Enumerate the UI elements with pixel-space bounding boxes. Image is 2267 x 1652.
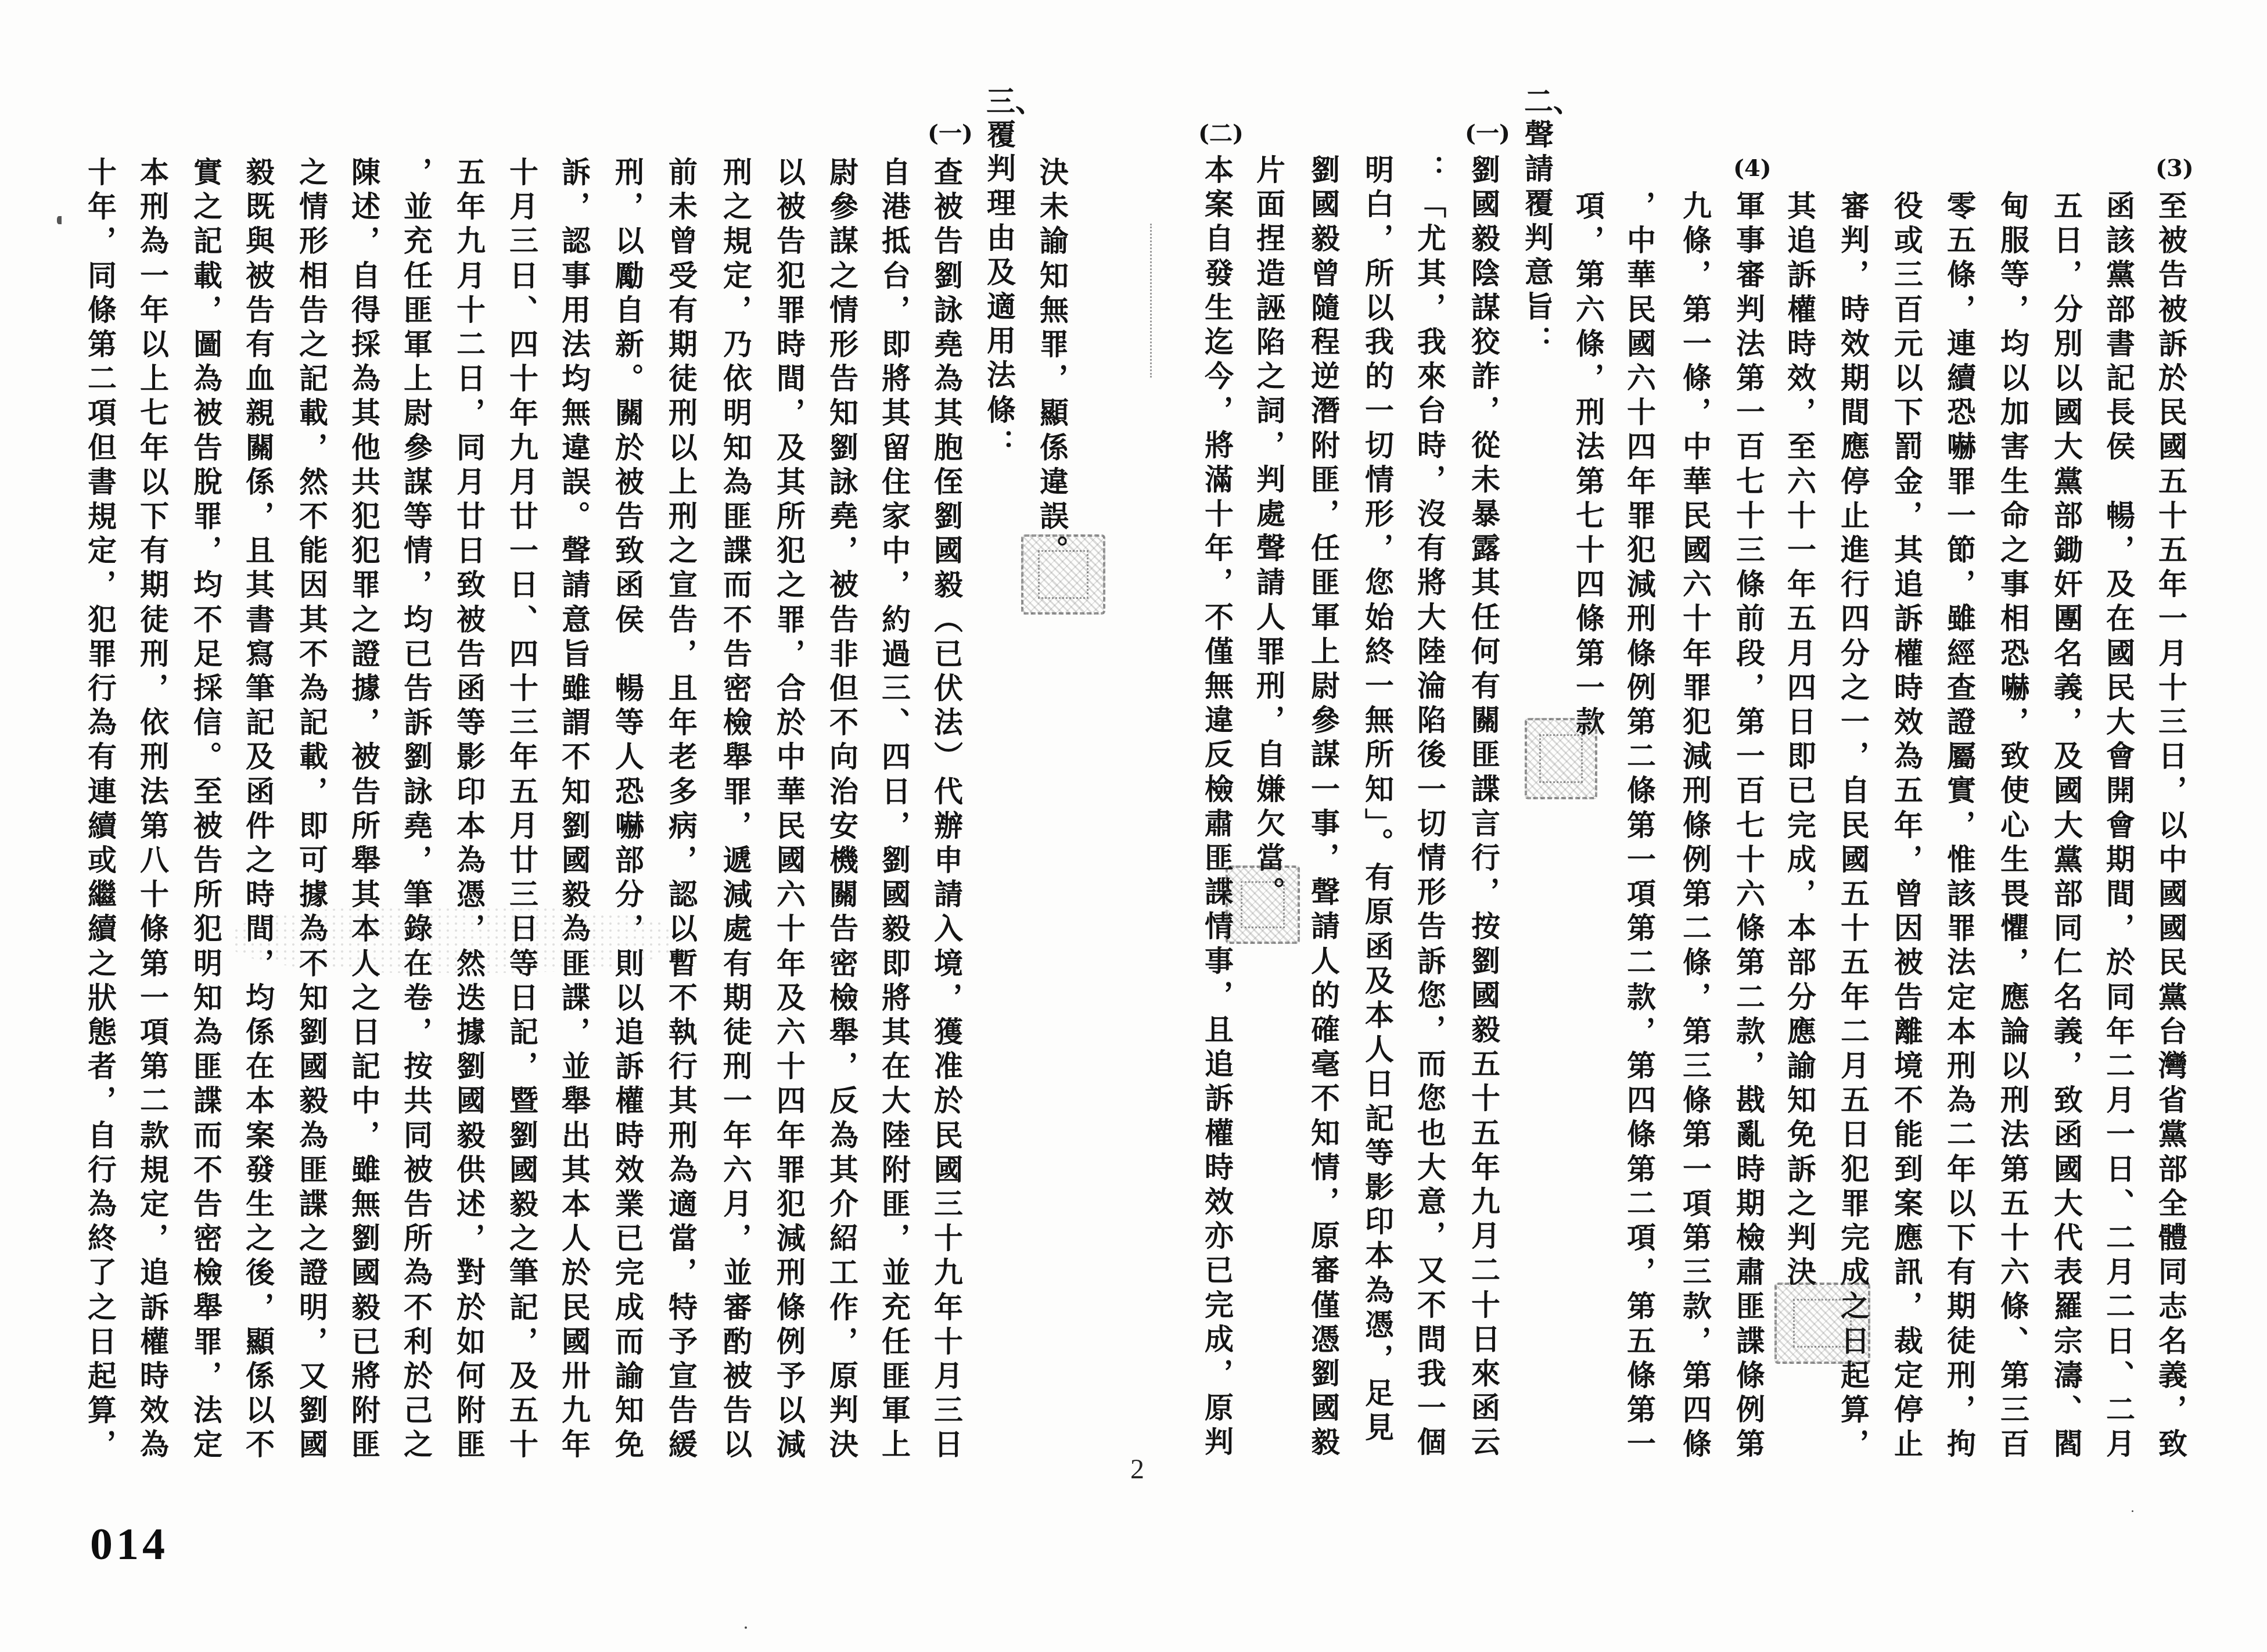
- seal-stamp: [1226, 865, 1300, 944]
- text-column: 函該黨部書記長侯 暢，及在國民大會開會期間，於同年二月一日、二月二日、二月: [2104, 191, 2133, 1463]
- text-column: 審判，時效期間應停止進行四分之一，自民國五十五年二月五日犯罪完成之日起算，: [1838, 191, 1867, 1463]
- item-label: (3): [2155, 156, 2194, 181]
- text-column: 軍事審判法第一百七十三條前段，第一百七十六條第二款，戡亂時期檢肅匪諜條例第: [1734, 191, 1763, 1463]
- text-column: 零五條，連續恐嚇罪一節，雖經查證屬實，惟該罪法定本刑為二年以下有期徒刑，拘: [1945, 191, 1974, 1463]
- text-column: 項，第六條，刑法第七十四條第一款: [1573, 191, 1603, 741]
- section-2-heading: 聲請覆判意旨：: [1522, 119, 1551, 360]
- text-column: 甸服等，均以加害生命之事相恐嚇，致使心生畏懼，應論以刑法第五十六條、第三百: [1998, 191, 2027, 1463]
- section-2-number: 二、: [1524, 87, 1582, 116]
- text-column: 劉國毅曾隨程逆潛附匪，任匪軍上尉參謀一事，聲請人的確毫不知情，原審僅憑劉國毅: [1309, 155, 1338, 1461]
- text-column: ，中華民國六十四年罪犯減刑條例第二條第一項第二款，第四條第二項，第五條第一: [1625, 191, 1654, 1463]
- text-column: 至被告被訴於民國五十五年一月十三日，以中國國民黨台灣省黨部全體同志名義，致: [2156, 191, 2185, 1463]
- text-column: 五日，分別以國大黨部鋤奸團名義，及國大黨部同仁名義，致函國大代表羅宗濤、閻: [2052, 191, 2081, 1463]
- stray-mark: [2132, 1510, 2133, 1512]
- text-column: 劉國毅陰謀狡詐，從未暴露其任何有關匪諜言行，按劉國毅五十五年九月二十日來函云: [1469, 155, 1498, 1461]
- seal-stamp: [1525, 718, 1597, 799]
- text-column: 本案自發生迄今，將滿十年，不僅無違反檢肅匪諜情事，且追訴權時效亦已完成，原判: [1202, 155, 1231, 1461]
- text-column: 片面捏造誣陷之詞，判處聲請人罪刑，自嫌欠當。: [1254, 155, 1283, 911]
- text-column: ：「尤其，我來台時，沒有將大陸淪陷後一切情形告訴您，而您也大意，又不問我一個: [1415, 155, 1444, 1461]
- point-label: (二): [1198, 121, 1244, 146]
- text-column: 役或三百元以下罰金，其追訴權時效為五年，曾因被告離境不能到案應訊，裁定停止: [1892, 191, 1921, 1463]
- right-page: (3) 至被告被訴於民國五十五年一月十三日，以中國國民黨台灣省黨部全體同志名義，…: [0, 0, 2267, 1652]
- item-label: (4): [1733, 156, 1772, 181]
- point-label: (一): [1465, 121, 1510, 146]
- text-column: 九條，第一條，中華民國六十年罪犯減刑條例第二條，第三條第一項第三款，第四條: [1680, 191, 1709, 1463]
- seal-stamp: [1774, 1283, 1870, 1364]
- page-number: 2: [1130, 1455, 1144, 1484]
- text-column: 其追訴權時效，至六十一年五月四日即已完成，本部分應諭知免訴之判決: [1785, 191, 1814, 1291]
- text-column: 明白，所以我的一切情形，您始終一無所知」。有原函及本人日記等影印本為憑，足見: [1363, 155, 1392, 1447]
